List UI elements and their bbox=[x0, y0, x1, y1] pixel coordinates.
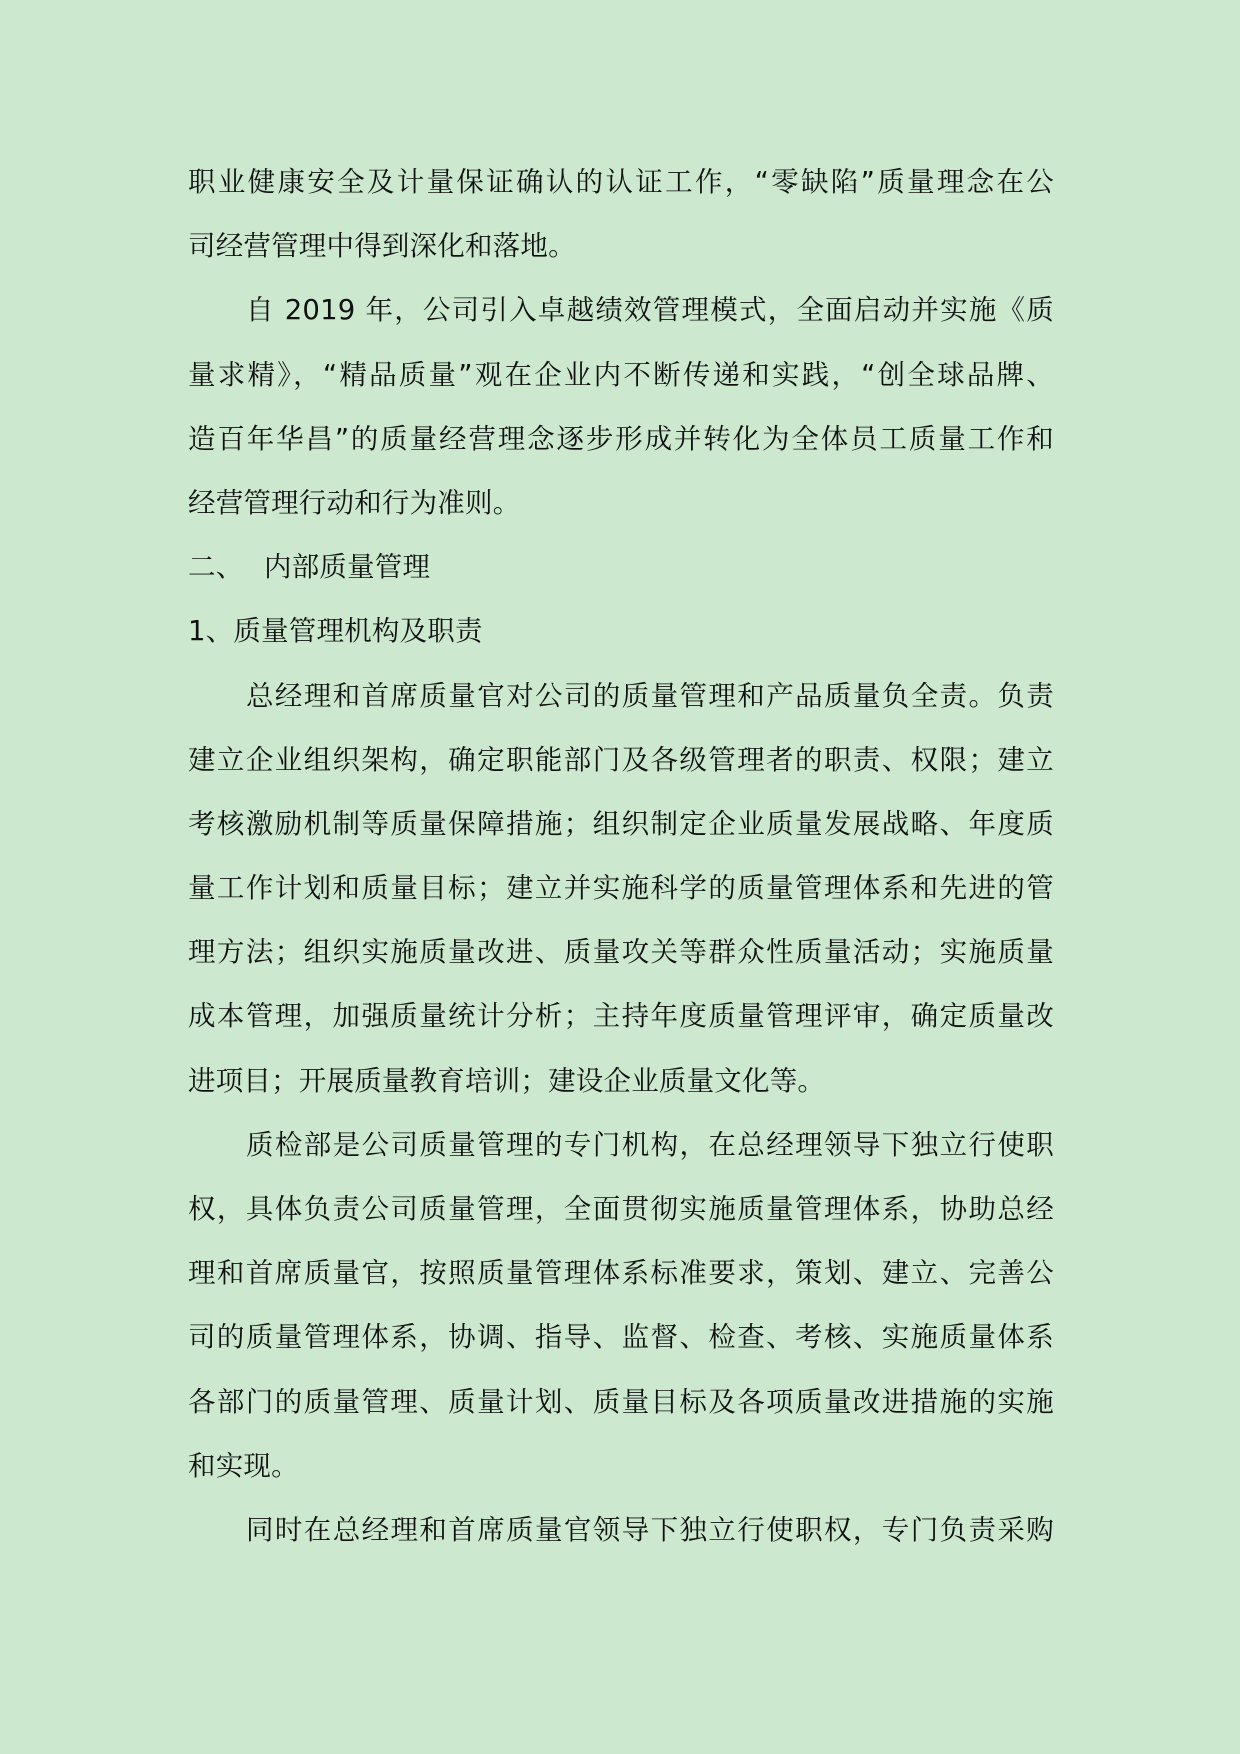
text-line: 理和首席质量官，按照质量管理体系标准要求，策划、建立、完善公 bbox=[188, 1241, 1054, 1305]
text-line: 量工作计划和质量目标；建立并实施科学的质量管理体系和先进的管 bbox=[188, 856, 1054, 920]
section-number: 二、 bbox=[188, 535, 264, 599]
text-line: 司的质量管理体系，协调、指导、监督、检查、考核、实施质量体系 bbox=[188, 1305, 1054, 1369]
text-line: 考核激励机制等质量保障措施；组织制定企业质量发展战略、年度质 bbox=[188, 792, 1054, 856]
text-line: 建立企业组织架构，确定职能部门及各级管理者的职责、权限；建立 bbox=[188, 728, 1054, 792]
text-line: 同时在总经理和首席质量官领导下独立行使职权，专门负责采购 bbox=[188, 1498, 1054, 1562]
paragraph: 职业健康安全及计量保证确认的认证工作，“零缺陷”质量理念在公 司经营管理中得到深… bbox=[188, 150, 1054, 278]
text-line: 质检部是公司质量管理的专门机构，在总经理领导下独立行使职 bbox=[188, 1113, 1054, 1177]
text-line: 自 2019 年，公司引入卓越绩效管理模式，全面启动并实施《质 bbox=[188, 278, 1054, 342]
document-page: 职业健康安全及计量保证确认的认证工作，“零缺陷”质量理念在公 司经营管理中得到深… bbox=[188, 150, 1054, 1562]
text-line: 进项目；开展质量教育培训；建设企业质量文化等。 bbox=[188, 1049, 1054, 1113]
text-line: 量求精》，“精品质量”观在企业内不断传递和实践，“创全球品牌、 bbox=[188, 343, 1054, 407]
text-line: 和实现。 bbox=[188, 1434, 1054, 1498]
text-line: 经营管理行动和行为准则。 bbox=[188, 471, 1054, 535]
text-line: 职业健康安全及计量保证确认的认证工作，“零缺陷”质量理念在公 bbox=[188, 150, 1054, 214]
text-line: 理方法；组织实施质量改进、质量攻关等群众性质量活动；实施质量 bbox=[188, 920, 1054, 984]
section-title: 内部质量管理 bbox=[264, 551, 430, 583]
paragraph: 同时在总经理和首席质量官领导下独立行使职权，专门负责采购 bbox=[188, 1498, 1054, 1562]
subsection-heading: 1、质量管理机构及职责 bbox=[188, 599, 1054, 663]
paragraph: 质检部是公司质量管理的专门机构，在总经理领导下独立行使职 权，具体负责公司质量管… bbox=[188, 1113, 1054, 1498]
text-line: 各部门的质量管理、质量计划、质量目标及各项质量改进措施的实施 bbox=[188, 1370, 1054, 1434]
text-line: 成本管理，加强质量统计分析；主持年度质量管理评审，确定质量改 bbox=[188, 984, 1054, 1048]
paragraph: 总经理和首席质量官对公司的质量管理和产品质量负全责。负责 建立企业组织架构，确定… bbox=[188, 664, 1054, 1113]
paragraph: 自 2019 年，公司引入卓越绩效管理模式，全面启动并实施《质 量求精》，“精品… bbox=[188, 278, 1054, 535]
section-heading: 二、内部质量管理 bbox=[188, 535, 1054, 599]
text-line: 总经理和首席质量官对公司的质量管理和产品质量负全责。负责 bbox=[188, 664, 1054, 728]
text-line: 权，具体负责公司质量管理，全面贯彻实施质量管理体系，协助总经 bbox=[188, 1177, 1054, 1241]
text-line: 造百年华昌”的质量经营理念逐步形成并转化为全体员工质量工作和 bbox=[188, 407, 1054, 471]
text-line: 司经营管理中得到深化和落地。 bbox=[188, 214, 1054, 278]
